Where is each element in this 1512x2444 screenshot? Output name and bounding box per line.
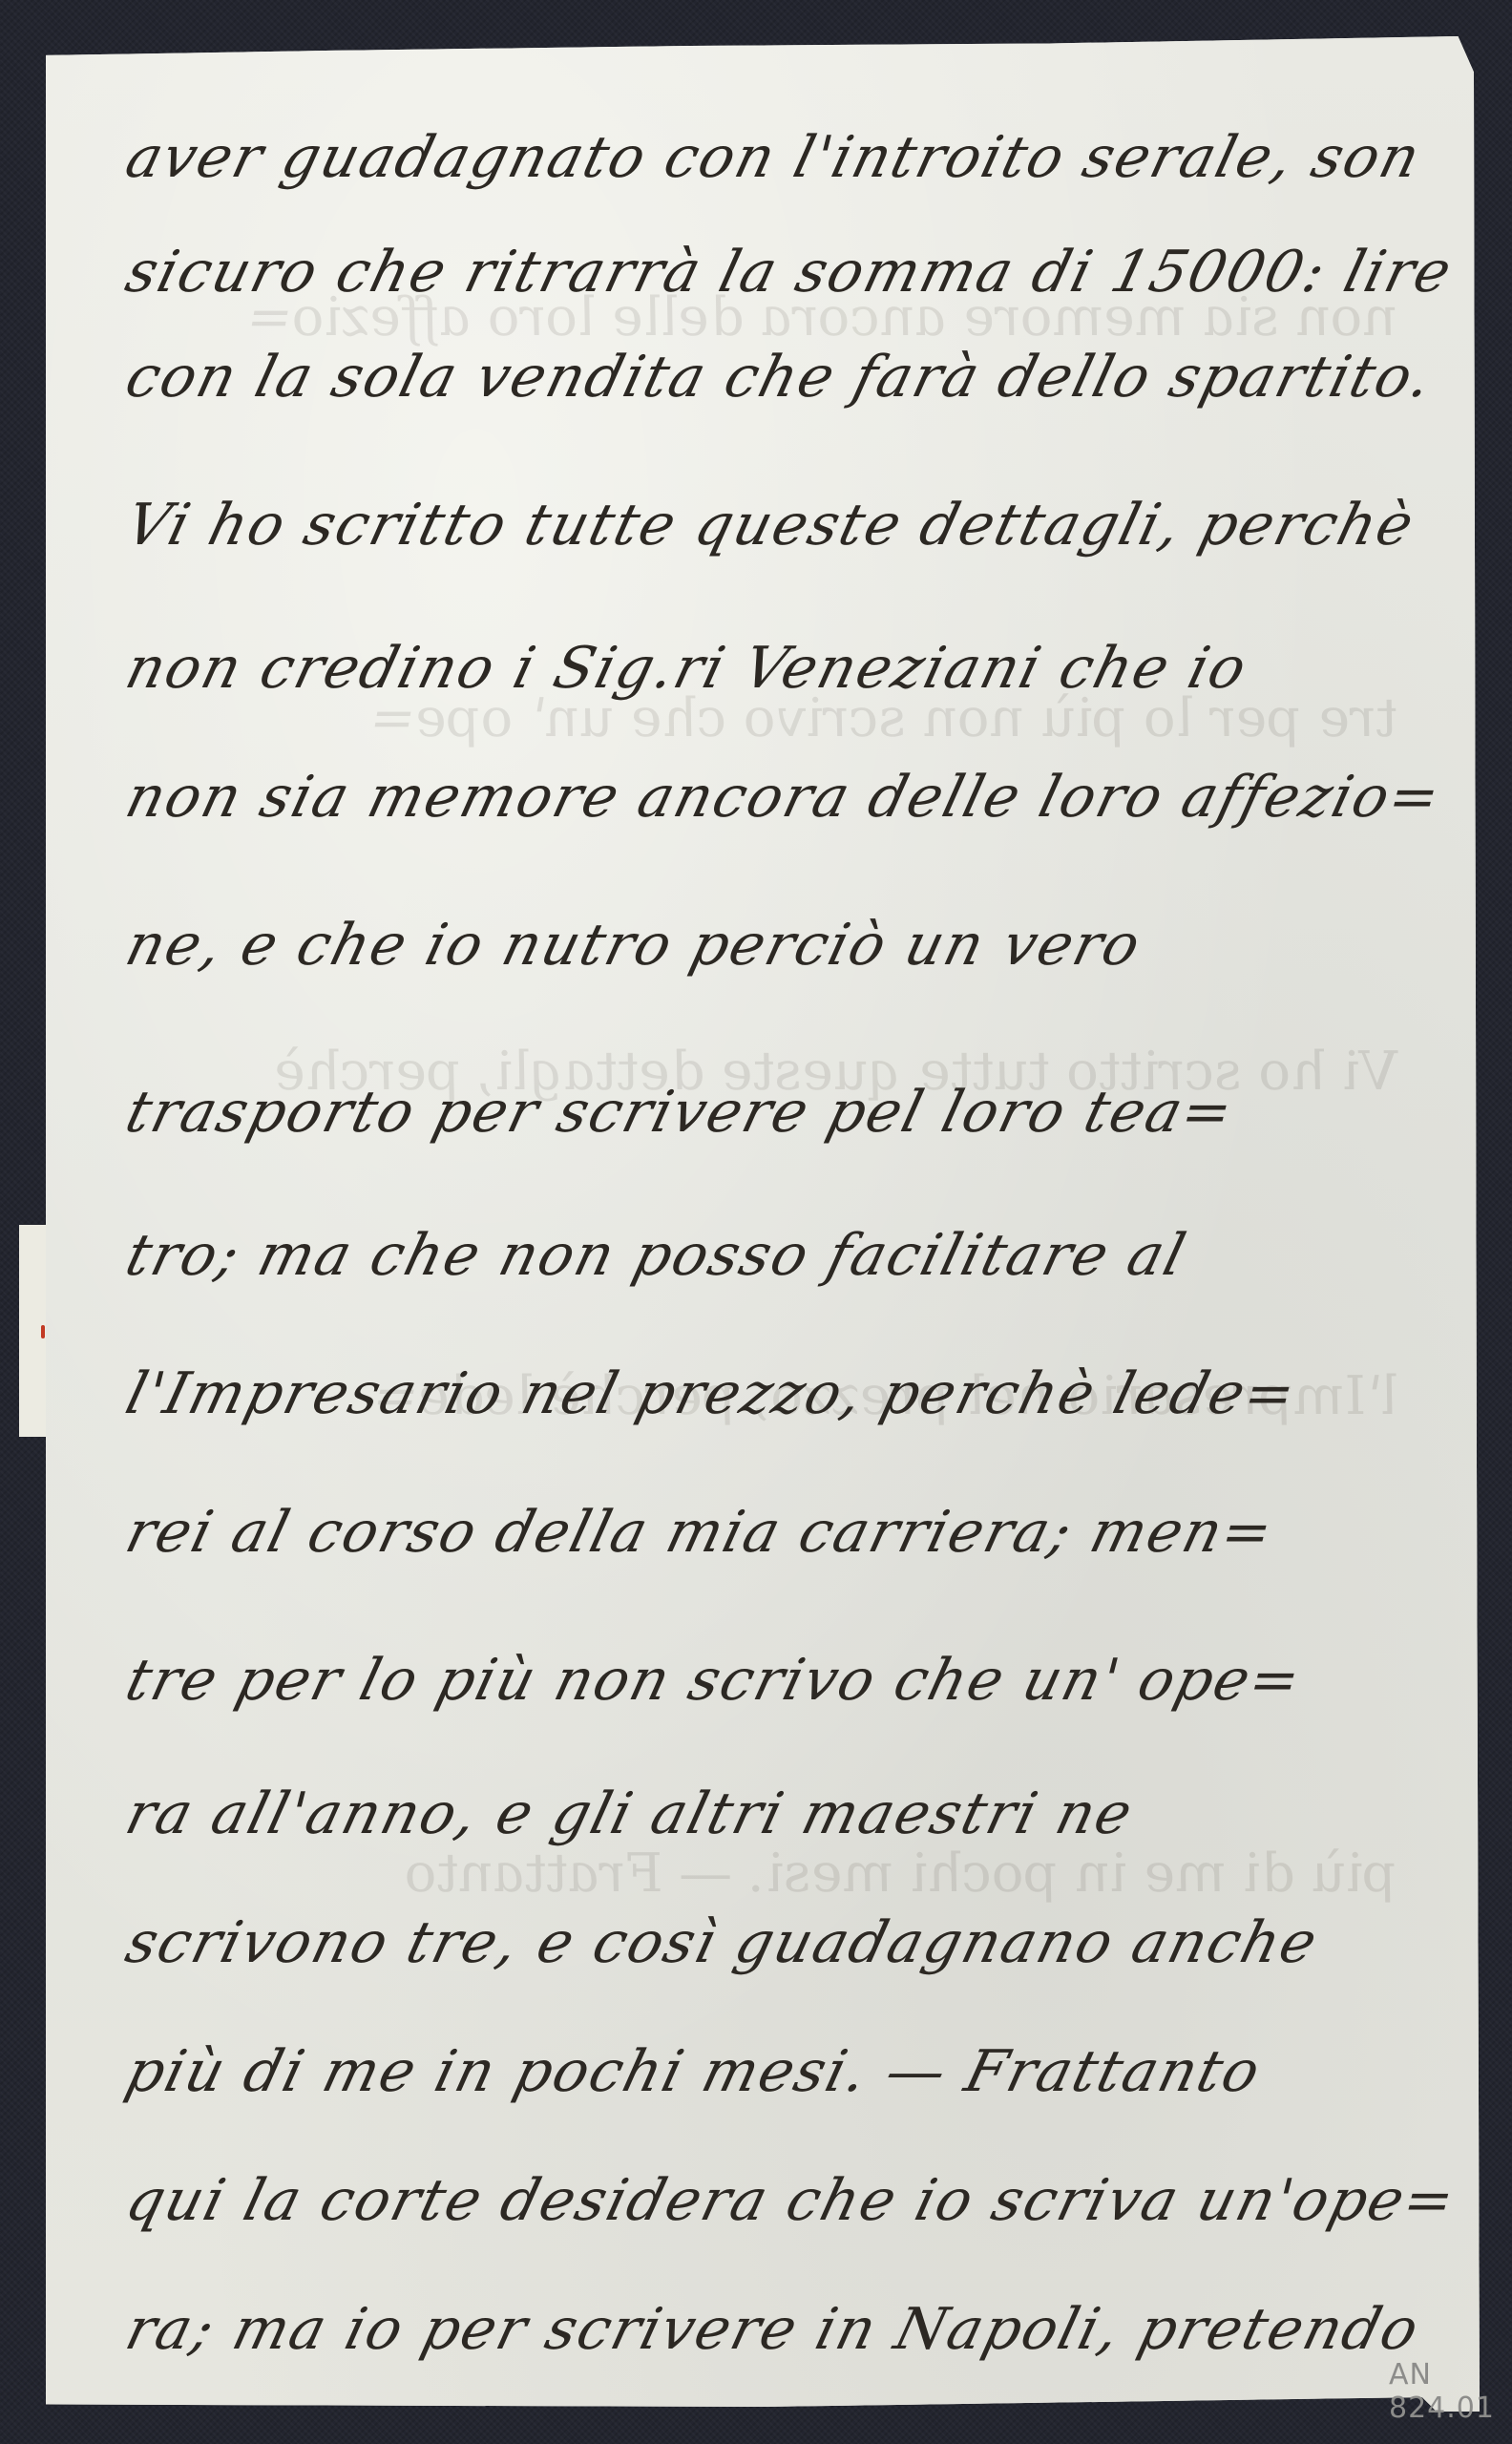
handwritten-line-4: Vi ho scritto tutte queste dettagli, per… bbox=[119, 492, 1452, 558]
binding-tab bbox=[19, 1225, 47, 1437]
handwritten-line-15: più di me in pochi mesi. — Frattanto bbox=[119, 2038, 1452, 2105]
handwritten-line-6: non sia memore ancora delle loro affezio… bbox=[119, 764, 1452, 831]
handwritten-line-7: ne, e che io nutro perciò un vero bbox=[119, 912, 1452, 979]
red-seal-fragment bbox=[41, 1325, 45, 1338]
handwritten-line-14: scrivono tre, e così guadagnano anche bbox=[119, 1909, 1452, 1976]
handwritten-line-11: rei al corso della mia carriera; men= bbox=[119, 1499, 1452, 1566]
handwritten-line-13: ra all'anno, e gli altri maestri ne bbox=[119, 1780, 1452, 1847]
handwritten-line-5: non credino i Sig.ri Veneziani che io bbox=[119, 635, 1452, 702]
handwritten-line-3: con la sola vendita che farà dello spart… bbox=[119, 344, 1452, 411]
pencil-catalog-mark: AN 824.01 bbox=[1389, 2358, 1512, 2425]
handwritten-line-12: tre per lo più non scrivo che un' ope= bbox=[119, 1647, 1452, 1714]
handwritten-line-17: ra; ma io per scrivere in Napoli, preten… bbox=[119, 2296, 1452, 2363]
handwritten-line-2: sicuro che ritrarrà la somma di 15000: l… bbox=[119, 239, 1452, 305]
handwritten-line-16: qui la corte desidera che io scriva un'o… bbox=[119, 2167, 1452, 2234]
handwritten-line-8: trasporto per scrivere pel loro tea= bbox=[119, 1079, 1452, 1146]
handwritten-line-10: l'Impresario nel prezzo, perchè lede= bbox=[119, 1360, 1452, 1427]
page-fold bbox=[1483, 36, 1485, 2412]
handwritten-line-1: aver guadagnato con l'introito serale, s… bbox=[119, 124, 1452, 191]
handwritten-line-9: tro; ma che non posso facilitare al bbox=[119, 1222, 1452, 1289]
bleed-through-text: più di me in pochi mesi. — Frattanto bbox=[128, 1843, 1402, 1905]
